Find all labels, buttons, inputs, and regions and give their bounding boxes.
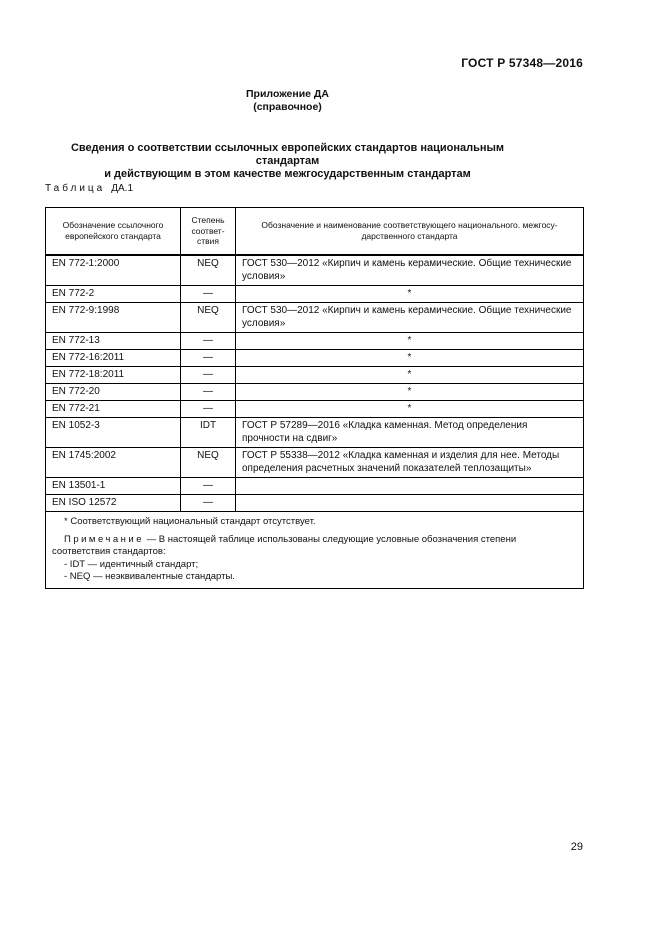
table-row: EN 772-20—* (46, 383, 584, 400)
table-footnote: * Соответствующий национальный стандарт … (52, 516, 575, 528)
note-item-neq: - NEQ — неэквивалентные стандарты. (52, 571, 575, 583)
standard-code-cell: EN ISO 12572 (46, 494, 181, 511)
appendix-title: Приложение ДА (45, 88, 530, 101)
degree-cell: — (181, 494, 236, 511)
standard-code-cell: EN 1745:2002 (46, 447, 181, 477)
notes-cell: * Соответствующий национальный стандарт … (46, 511, 584, 588)
standard-code-cell: EN 772-13 (46, 332, 181, 349)
match-cell: * (236, 366, 584, 383)
table-header: Обозначение ссылочного европейского стан… (46, 208, 584, 255)
degree-cell: NEQ (181, 255, 236, 286)
match-cell: ГОСТ 530—2012 «Кирпич и камень керамичес… (236, 302, 584, 332)
table-body: EN 772-1:2000NEQГОСТ 530—2012 «Кирпич и … (46, 255, 584, 512)
table-row: EN 772-18:2011—* (46, 366, 584, 383)
note-label: Примечание (64, 534, 144, 545)
match-cell: ГОСТ Р 55338—2012 «Кладка каменная и изд… (236, 447, 584, 477)
degree-cell: — (181, 349, 236, 366)
appendix-block: Приложение ДА (справочное) (45, 88, 530, 113)
degree-cell: — (181, 366, 236, 383)
degree-cell: — (181, 400, 236, 417)
degree-cell: NEQ (181, 447, 236, 477)
table-notes-row: * Соответствующий национальный стандарт … (46, 511, 584, 588)
standard-code-cell: EN 772-2 (46, 285, 181, 302)
note-item-idt: - IDT — идентичный стандарт; (52, 559, 575, 571)
degree-cell: — (181, 477, 236, 494)
document-number: ГОСТ Р 57348—2016 (461, 56, 583, 70)
standard-code-cell: EN 772-16:2011 (46, 349, 181, 366)
standard-code-cell: EN 772-21 (46, 400, 181, 417)
match-cell (236, 477, 584, 494)
column-header-national-standard: Обозначение и наименование соответствующ… (236, 208, 584, 255)
table-label-word: Таблица (45, 183, 105, 194)
match-cell: ГОСТ 530—2012 «Кирпич и камень керамичес… (236, 255, 584, 286)
table-label-number: ДА.1 (111, 183, 133, 194)
match-cell: * (236, 349, 584, 366)
table-row: EN 772-13—* (46, 332, 584, 349)
page-number: 29 (571, 841, 583, 853)
standard-code-cell: EN 13501-1 (46, 477, 181, 494)
table-note: Примечание — В настоящей таблице использ… (52, 534, 575, 558)
match-cell: ГОСТ Р 57289—2016 «Кладка каменная. Мето… (236, 417, 584, 447)
table-row: EN 772-9:1998NEQГОСТ 530—2012 «Кирпич и … (46, 302, 584, 332)
standard-code-cell: EN 772-9:1998 (46, 302, 181, 332)
match-cell: * (236, 285, 584, 302)
table-row: EN ISO 12572— (46, 494, 584, 511)
table-header-row: Обозначение ссылочного европейского стан… (46, 208, 584, 255)
standards-correspondence-table: Обозначение ссылочного европейского стан… (45, 207, 584, 589)
standard-code-cell: EN 772-1:2000 (46, 255, 181, 286)
degree-cell: — (181, 332, 236, 349)
standard-code-cell: EN 772-20 (46, 383, 181, 400)
match-cell: * (236, 332, 584, 349)
match-cell (236, 494, 584, 511)
section-heading: Сведения о соответствии ссылочных европе… (45, 142, 530, 181)
match-cell: * (236, 400, 584, 417)
degree-cell: — (181, 383, 236, 400)
column-header-degree: Степень соответ- ствия (181, 208, 236, 255)
table-row: EN 1745:2002NEQГОСТ Р 55338—2012 «Кладка… (46, 447, 584, 477)
match-cell: * (236, 383, 584, 400)
table-row: EN 1052-3IDTГОСТ Р 57289—2016 «Кладка ка… (46, 417, 584, 447)
degree-cell: IDT (181, 417, 236, 447)
standard-code-cell: EN 1052-3 (46, 417, 181, 447)
table-row: EN 13501-1— (46, 477, 584, 494)
degree-cell: — (181, 285, 236, 302)
heading-line-2: и действующим в этом качестве межгосудар… (45, 168, 530, 181)
heading-line-1: Сведения о соответствии ссылочных европе… (45, 142, 530, 168)
degree-cell: NEQ (181, 302, 236, 332)
standard-code-cell: EN 772-18:2011 (46, 366, 181, 383)
appendix-subtitle: (справочное) (45, 101, 530, 114)
table-row: EN 772-16:2011—* (46, 349, 584, 366)
column-header-european-standard: Обозначение ссылочного европейского стан… (46, 208, 181, 255)
table-row: EN 772-1:2000NEQГОСТ 530—2012 «Кирпич и … (46, 255, 584, 286)
document-page: ГОСТ Р 57348—2016 Приложение ДА (справоч… (0, 0, 661, 935)
table-label: ТаблицаДА.1 (45, 183, 133, 194)
table-row: EN 772-2—* (46, 285, 584, 302)
table-row: EN 772-21—* (46, 400, 584, 417)
